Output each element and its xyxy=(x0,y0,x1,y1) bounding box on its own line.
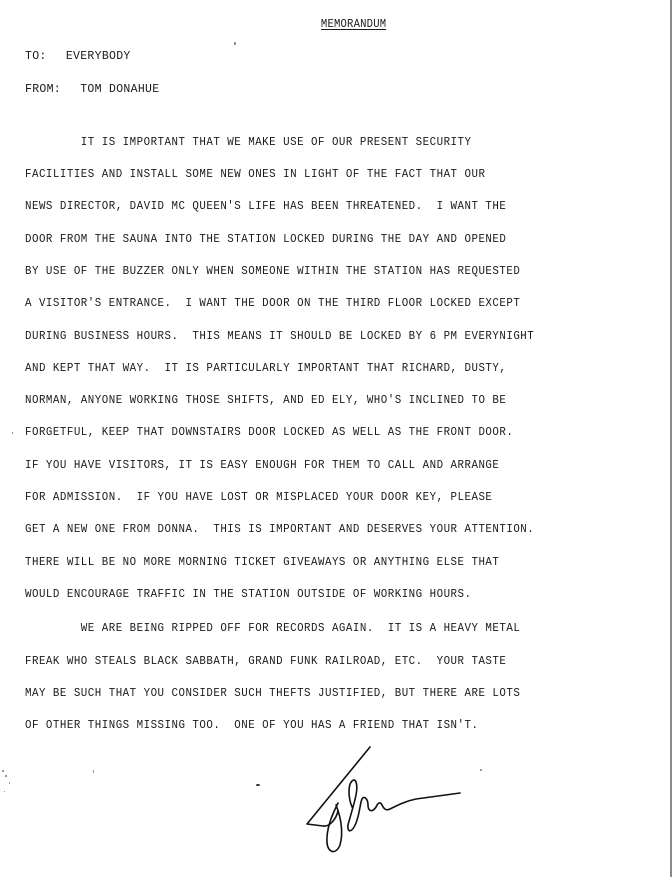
body-line: FREAK WHO STEALS BLACK SABBATH, GRAND FU… xyxy=(25,654,506,668)
body-line: BY USE OF THE BUZZER ONLY WHEN SOMEONE W… xyxy=(25,264,520,278)
scan-speck xyxy=(480,769,482,771)
body-line: NORMAN, ANYONE WORKING THOSE SHIFTS, AND… xyxy=(25,393,506,407)
body-line: FACILITIES AND INSTALL SOME NEW ONES IN … xyxy=(25,167,485,181)
memo-page: MEMORANDUM TO: EVERYBODY FROM: TOM DONAH… xyxy=(0,0,672,877)
body-line: NEWS DIRECTOR, DAVID MC QUEEN'S LIFE HAS… xyxy=(25,199,506,213)
scan-speck xyxy=(93,770,94,773)
scan-speck xyxy=(2,770,4,772)
scan-speck xyxy=(4,791,5,792)
to-value: EVERYBODY xyxy=(66,50,131,63)
to-label: TO: xyxy=(25,50,47,63)
body-line: DOOR FROM THE SAUNA INTO THE STATION LOC… xyxy=(25,232,506,246)
body-line: FOR ADMISSION. IF YOU HAVE LOST OR MISPL… xyxy=(25,490,492,504)
body-line: GET A NEW ONE FROM DONNA. THIS IS IMPORT… xyxy=(25,522,534,536)
scan-speck xyxy=(256,784,260,786)
from-line: FROM: TOM DONAHUE xyxy=(25,83,159,96)
memo-title: MEMORANDUM xyxy=(27,18,648,31)
from-label: FROM: xyxy=(25,83,61,96)
signature-icon xyxy=(290,745,470,857)
body-line: IF YOU HAVE VISITORS, IT IS EASY ENOUGH … xyxy=(25,458,499,472)
body-line: A VISITOR'S ENTRANCE. I WANT THE DOOR ON… xyxy=(25,296,520,310)
body-line: FORGETFUL, KEEP THAT DOWNSTAIRS DOOR LOC… xyxy=(25,425,513,439)
body-line: DURING BUSINESS HOURS. THIS MEANS IT SHO… xyxy=(25,329,534,343)
scan-speck xyxy=(5,775,7,777)
from-value: TOM DONAHUE xyxy=(80,83,159,96)
scan-speck xyxy=(234,42,236,45)
body-line: OF OTHER THINGS MISSING TOO. ONE OF YOU … xyxy=(25,718,478,732)
body-line: AND KEPT THAT WAY. IT IS PARTICULARLY IM… xyxy=(25,361,506,375)
body-line: MAY BE SUCH THAT YOU CONSIDER SUCH THEFT… xyxy=(25,686,520,700)
scan-speck xyxy=(9,782,10,784)
body-line: THERE WILL BE NO MORE MORNING TICKET GIV… xyxy=(25,555,499,569)
body-line: WOULD ENCOURAGE TRAFFIC IN THE STATION O… xyxy=(25,587,471,601)
to-line: TO: EVERYBODY xyxy=(25,50,131,63)
body-line: IT IS IMPORTANT THAT WE MAKE USE OF OUR … xyxy=(25,135,471,149)
body-line: WE ARE BEING RIPPED OFF FOR RECORDS AGAI… xyxy=(25,621,520,635)
scan-speck xyxy=(12,432,13,434)
